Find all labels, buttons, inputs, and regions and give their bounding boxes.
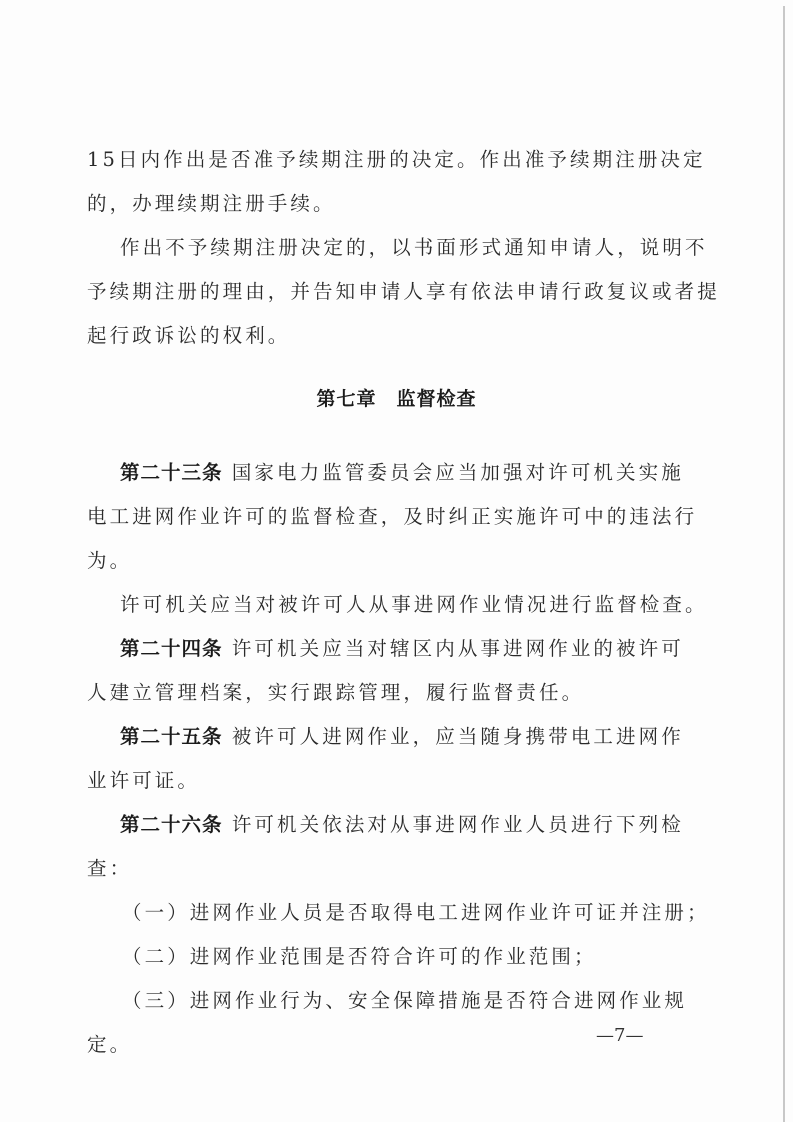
paragraph-line: 起行政诉讼的权利。 — [87, 324, 290, 348]
chapter-title: 监督检查 — [397, 388, 477, 410]
article-label: 第二十三条 — [120, 461, 223, 484]
page-number: —7— — [596, 1025, 643, 1046]
article-text: 许可机关应当对辖区内从事进网作业的被许可 — [232, 637, 684, 660]
chapter-number: 第七章 — [316, 388, 376, 410]
article-text: 被许可人进网作业，应当随身携带电工进网作 — [232, 725, 684, 748]
list-item: （二）进网作业范围是否符合许可的作业范围； — [122, 945, 597, 969]
paragraph-line: 予续期注册的理由，并告知申请人享有依法申请行政复议或者提 — [87, 280, 720, 304]
article-text: 国家电力监管委员会应当加强对许可机关实施 — [232, 461, 684, 484]
article-24: 第二十四条 许可机关应当对辖区内从事进网作业的被许可 — [120, 637, 684, 661]
article-26: 第二十六条 许可机关依法对从事进网作业人员进行下列检 — [120, 813, 684, 837]
chapter-heading: 第七章监督检查 — [0, 387, 793, 411]
paragraph-line: 作出不予续期注册决定的，以书面形式通知申请人，说明不 — [120, 236, 708, 260]
paragraph-line: 15日内作出是否准予续期注册的决定。作出准予续期注册决定 — [87, 148, 706, 172]
article-25: 第二十五条 被许可人进网作业，应当随身携带电工进网作 — [120, 725, 684, 749]
article-label: 第二十六条 — [120, 813, 223, 836]
paragraph-line: 为。 — [87, 549, 132, 573]
list-item: （三）进网作业行为、安全保障措施是否符合进网作业规 — [122, 989, 687, 1013]
document-page: 15日内作出是否准予续期注册的决定。作出准予续期注册决定 的，办理续期注册手续。… — [0, 0, 793, 1122]
paragraph-line: 电工进网作业许可的监督检查，及时纠正实施许可中的违法行 — [87, 505, 697, 529]
article-text: 许可机关依法对从事进网作业人员进行下列检 — [232, 813, 684, 836]
article-label: 第二十五条 — [120, 725, 223, 748]
paragraph-line: 的，办理续期注册手续。 — [87, 192, 336, 216]
article-label: 第二十四条 — [120, 637, 223, 660]
paragraph-line: 定。 — [87, 1033, 132, 1057]
paragraph-line: 许可机关应当对被许可人从事进网作业情况进行监督检查。 — [120, 593, 708, 617]
paragraph-line: 业许可证。 — [87, 769, 200, 793]
paragraph-line: 人建立管理档案，实行跟踪管理，履行监督责任。 — [87, 681, 584, 705]
paragraph-line: 查： — [87, 857, 132, 881]
article-23: 第二十三条 国家电力监管委员会应当加强对许可机关实施 — [120, 461, 684, 485]
list-item: （一）进网作业人员是否取得电工进网作业许可证并注册； — [122, 901, 710, 925]
